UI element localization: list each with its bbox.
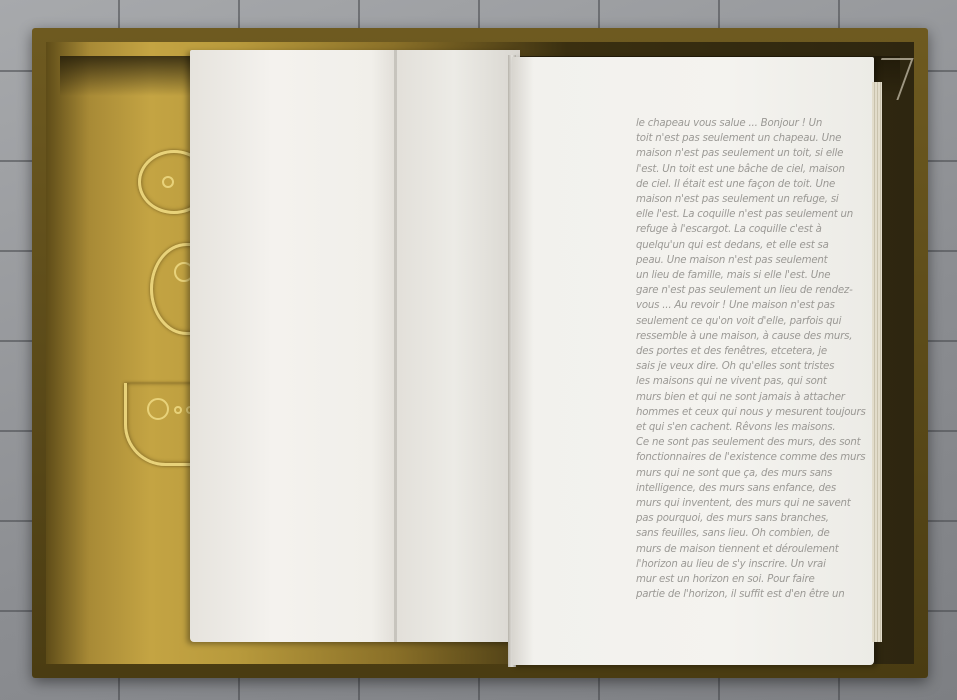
handwritten-line: intelligence, des murs sans enfance, des: [636, 481, 868, 496]
page-edges: [872, 82, 882, 642]
handwritten-line: partie de l'horizon, il suffit est d'en …: [636, 587, 868, 602]
embossed-eye: [147, 398, 169, 420]
left-page-blank: [190, 50, 520, 642]
handwritten-line: elle l'est. La coquille n'est pas seulem…: [636, 207, 868, 222]
handwritten-line: gare n'est pas seulement un lieu de rend…: [636, 283, 868, 298]
handwritten-line: le chapeau vous salue ... Bonjour ! Un: [636, 116, 868, 131]
page-fold: [394, 50, 397, 642]
handwritten-line: murs qui ne sont que ça, des murs sans: [636, 466, 868, 481]
handwritten-line: de ciel. Il était est une façon de toit.…: [636, 177, 868, 192]
handwritten-line: toit n'est pas seulement un chapeau. Une: [636, 131, 868, 146]
handwritten-line: maison n'est pas seulement un toit, si e…: [636, 146, 868, 161]
handwritten-line: ressemble à une maison, à cause des murs…: [636, 329, 868, 344]
handwritten-line: hommes et ceux qui nous y mesurent toujo…: [636, 405, 868, 420]
handwritten-line: quelqu'un qui est dedans, et elle est sa: [636, 238, 868, 253]
handwritten-line: l'est. Un toit est une bâche de ciel, ma…: [636, 162, 868, 177]
handwritten-line: refuge à l'escargot. La coquille c'est à: [636, 222, 868, 237]
embossed-dot: [174, 406, 182, 414]
handwritten-line: sais je veux dire. Oh qu'elles sont tris…: [636, 359, 868, 374]
handwritten-line: un lieu de famille, mais si elle l'est. …: [636, 268, 868, 283]
handwritten-line: les maisons qui ne vivent pas, qui sont: [636, 374, 868, 389]
handwritten-text: le chapeau vous salue ... Bonjour ! Unto…: [636, 116, 868, 603]
handwritten-line: murs qui inventent, des murs qui ne save…: [636, 496, 868, 511]
handwritten-line: et qui s'en cachent. Rêvons les maisons.: [636, 420, 868, 435]
handwritten-line: peau. Une maison n'est pas seulement: [636, 253, 868, 268]
handwritten-line: mur est un horizon en soi. Pour faire: [636, 572, 868, 587]
handwritten-line: Ce ne sont pas seulement des murs, des s…: [636, 435, 868, 450]
handwritten-line: fonctionnaires de l'existence comme des …: [636, 450, 868, 465]
embossed-dot: [162, 176, 174, 188]
handwritten-line: murs de maison tiennent et déroulement: [636, 542, 868, 557]
handwritten-line: pas pourquoi, des murs sans branches,: [636, 511, 868, 526]
handwritten-line: vous ... Au revoir ! Une maison n'est pa…: [636, 298, 868, 313]
handwritten-line: l'horizon au lieu de s'y inscrire. Un vr…: [636, 557, 868, 572]
handwritten-line: maison n'est pas seulement un refuge, si: [636, 192, 868, 207]
handwritten-line: murs bien et qui ne sont jamais à attach…: [636, 390, 868, 405]
handwritten-line: sans feuilles, sans lieu. Oh combien, de: [636, 526, 868, 541]
handwritten-line: seulement ce qu'on voit d'elle, parfois …: [636, 314, 868, 329]
handwritten-line: des portes et des fenêtres, etcetera, je: [636, 344, 868, 359]
